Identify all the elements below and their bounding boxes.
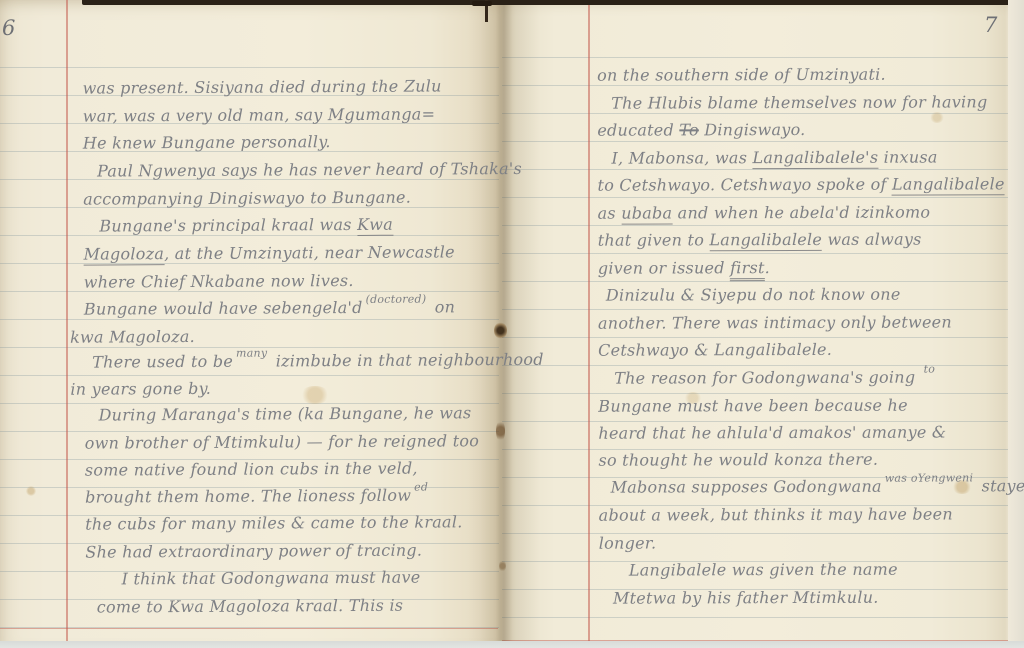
handwritten-text-segment: Langalibalele <box>892 174 1005 195</box>
handwritten-line: another. There was intimacy only between <box>598 312 952 332</box>
handwritten-text-segment: Cetshwayo & Langalibalele. <box>598 340 832 360</box>
handwritten-text-segment: To <box>679 120 699 139</box>
handwritten-line: on the southern side of Umzinyati. <box>597 65 886 85</box>
handwritten-text-segment: Mabonsa supposes Godongwana <box>611 477 882 497</box>
handwritten-text-segment: Langalibalele's <box>752 148 878 169</box>
handwritten-line: Cetshwayo & Langalibalele. <box>598 340 832 360</box>
handwritten-line: as ubaba and when he abela'd izinkomo <box>598 203 931 223</box>
handwritten-line: about a week, but thinks it may have bee… <box>599 504 953 524</box>
handwritten-text-segment: first <box>730 258 765 281</box>
handwritten-text-segment: The Hlubis blame themselves now for havi… <box>611 92 987 112</box>
handwritten-line: Bungane must have been because he <box>598 396 908 416</box>
handwritten-line: to Cetshwayo. Cetshwayo spoke of Langali… <box>597 174 1004 194</box>
handwritten-text-segment: Dingiswayo. <box>699 120 806 139</box>
handwritten-text-segment: longer. <box>599 533 657 552</box>
handwritten-text-segment: as <box>598 204 622 223</box>
handwritten-text-segment: inxusa <box>878 148 937 167</box>
handwritten-text-segment: another. There was intimacy only between <box>598 312 952 332</box>
handwritten-text-segment: and when he abela'd izinkomo <box>672 203 930 223</box>
handwritten-line: so thought he would konza there. <box>598 450 878 470</box>
handwriting-right-page: on the southern side of Umzinyati.The Hl… <box>0 0 1024 648</box>
handwritten-line: Dinizulu & Siyepu do not know one <box>606 285 901 305</box>
handwritten-text-segment: educated <box>597 120 679 139</box>
handwritten-text-segment: given or issued <box>598 258 730 277</box>
handwritten-text-segment: . <box>765 258 770 277</box>
handwritten-text-segment: so thought he would konza there. <box>598 450 878 470</box>
handwritten-text-segment: that given to <box>598 230 710 249</box>
handwritten-line: that given to Langalibalele was always <box>598 230 922 250</box>
handwritten-line: Langibalele was given the name <box>629 560 898 580</box>
handwritten-text-segment: I, Mabonsa, was <box>611 148 752 167</box>
handwritten-text-segment: on the southern side of Umzinyati. <box>597 65 886 85</box>
handwritten-text-segment: Dinizulu & Siyepu do not know one <box>606 285 901 305</box>
handwritten-line: Mtetwa by his father Mtimkulu. <box>613 588 879 608</box>
handwritten-text-segment: heard that he ahlula'd amakos' amanye & <box>598 422 946 442</box>
handwritten-line: given or issued first. <box>598 258 770 278</box>
handwritten-text-segment: was oYengweni <box>885 471 974 484</box>
handwritten-line: Mabonsa supposes Godongwanawas oYengweni… <box>611 476 1024 496</box>
handwritten-line: educated To Dingiswayo. <box>597 120 805 140</box>
handwritten-text-segment: stayed <box>976 476 1024 495</box>
handwritten-text-segment: The reason for Godongwana's going <box>614 368 921 388</box>
handwritten-text-segment: Mtetwa by his father Mtimkulu. <box>613 588 879 608</box>
handwritten-text-segment: Langibalele was given the name <box>629 560 898 580</box>
notebook-photo: 6 7 was present. Sisiyana died during th… <box>0 0 1024 648</box>
handwritten-text-segment: to <box>924 363 936 376</box>
handwritten-text-segment: to Cetshwayo. Cetshwayo spoke of <box>597 175 892 195</box>
handwritten-text-segment: about a week, but thinks it may have bee… <box>599 504 953 524</box>
handwritten-line: longer. <box>599 533 657 552</box>
handwritten-text-segment: was always <box>822 230 922 249</box>
handwritten-line: The Hlubis blame themselves now for havi… <box>611 92 987 112</box>
handwritten-text-segment: Bungane must have been because he <box>598 396 908 416</box>
handwritten-line: I, Mabonsa, was Langalibalele's inxusa <box>611 148 937 168</box>
handwritten-text-segment: Langalibalele <box>709 230 822 251</box>
handwritten-text-segment: ubaba <box>621 203 672 224</box>
handwritten-line: heard that he ahlula'd amakos' amanye & <box>598 422 946 442</box>
handwritten-line: The reason for Godongwana's going to <box>614 368 938 388</box>
